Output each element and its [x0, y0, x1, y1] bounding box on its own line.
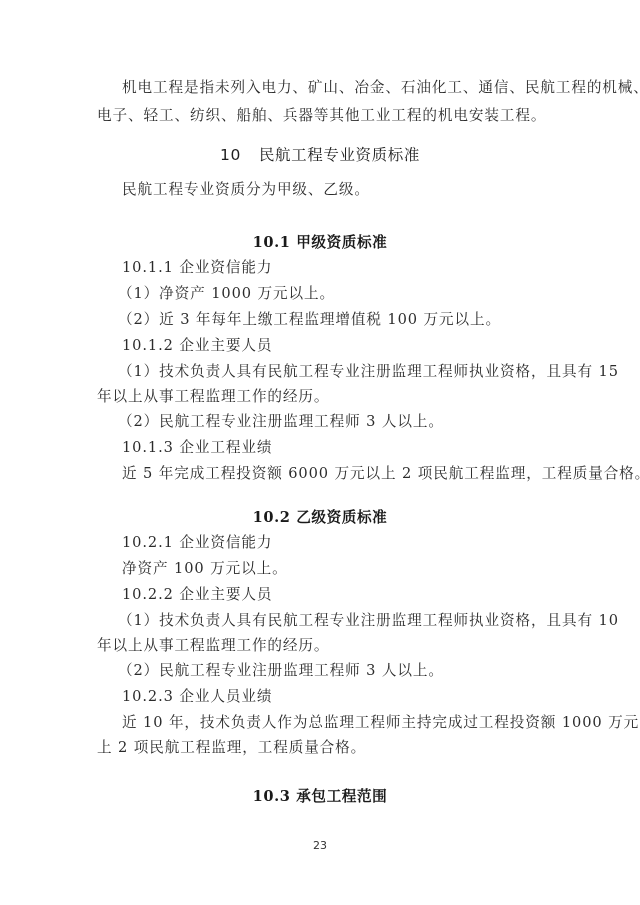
subsection-10-2-2-title: 10.2.2 企业主要人员 [122, 585, 574, 605]
subsection-10-1-1-item-2: （2）近 3 年每年上缴工程监理增值税 100 万元以上。 [118, 310, 570, 330]
subsection-10-1-2-item-1-line-1: （1）技术负责人具有民航工程专业注册监理工程师执业资格，且具有 15 [118, 362, 570, 382]
intro-paragraph-line-1: 机电工程是指未列入电力、矿山、冶金、石油化工、通信、民航工程的机械、 [122, 78, 549, 98]
intro-paragraph-line-2: 电子、轻工、纺织、船舶、兵器等其他工业工程的机电安装工程。 [97, 106, 549, 126]
section-title: 民航工程专业资质标准 [259, 146, 420, 164]
subsection-10-1-2-item-1-line-2: 年以上从事工程监理工作的经历。 [97, 387, 549, 407]
page-number: 23 [0, 839, 640, 853]
subsection-10-1-2-title: 10.1.2 企业主要人员 [122, 336, 574, 356]
subsection-10-2-1-text: 净资产 100 万元以上。 [122, 559, 549, 579]
section-10-description: 民航工程专业资质分为甲级、乙级。 [122, 180, 549, 200]
subsection-10-1-1-title: 10.1.1 企业资信能力 [122, 258, 574, 278]
section-10-3-heading: 10.3 承包工程范围 [0, 787, 640, 807]
subsection-10-2-2-item-2: （2）民航工程专业注册监理工程师 3 人以上。 [118, 661, 570, 681]
subsection-10-2-2-item-1-line-1: （1）技术负责人具有民航工程专业注册监理工程师执业资格，且具有 10 [118, 611, 570, 631]
subsection-10-2-3-text-line-2: 上 2 项民航工程监理，工程质量合格。 [97, 738, 549, 758]
subsection-10-1-1-item-1: （1）净资产 1000 万元以上。 [118, 284, 570, 304]
section-10-heading: 10民航工程专业资质标准 [0, 144, 640, 166]
subsection-10-2-3-text-line-1: 近 10 年，技术负责人作为总监理工程师主持完成过工程投资额 1000 万元以 [122, 713, 549, 733]
subsection-10-1-3-title: 10.1.3 企业工程业绩 [122, 438, 574, 458]
section-10-2-heading: 10.2 乙级资质标准 [0, 508, 640, 528]
section-number: 10 [220, 146, 241, 164]
subsection-10-2-2-item-1-line-2: 年以上从事工程监理工作的经历。 [97, 636, 549, 656]
subsection-10-2-1-title: 10.2.1 企业资信能力 [122, 533, 574, 553]
section-10-1-heading: 10.1 甲级资质标准 [0, 233, 640, 253]
subsection-10-2-3-title: 10.2.3 企业人员业绩 [122, 687, 574, 707]
subsection-10-1-3-text: 近 5 年完成工程投资额 6000 万元以上 2 项民航工程监理，工程质量合格。 [122, 464, 549, 484]
subsection-10-1-2-item-2: （2）民航工程专业注册监理工程师 3 人以上。 [118, 412, 570, 432]
document-page: 机电工程是指未列入电力、矿山、冶金、石油化工、通信、民航工程的机械、 电子、轻工… [0, 0, 640, 905]
